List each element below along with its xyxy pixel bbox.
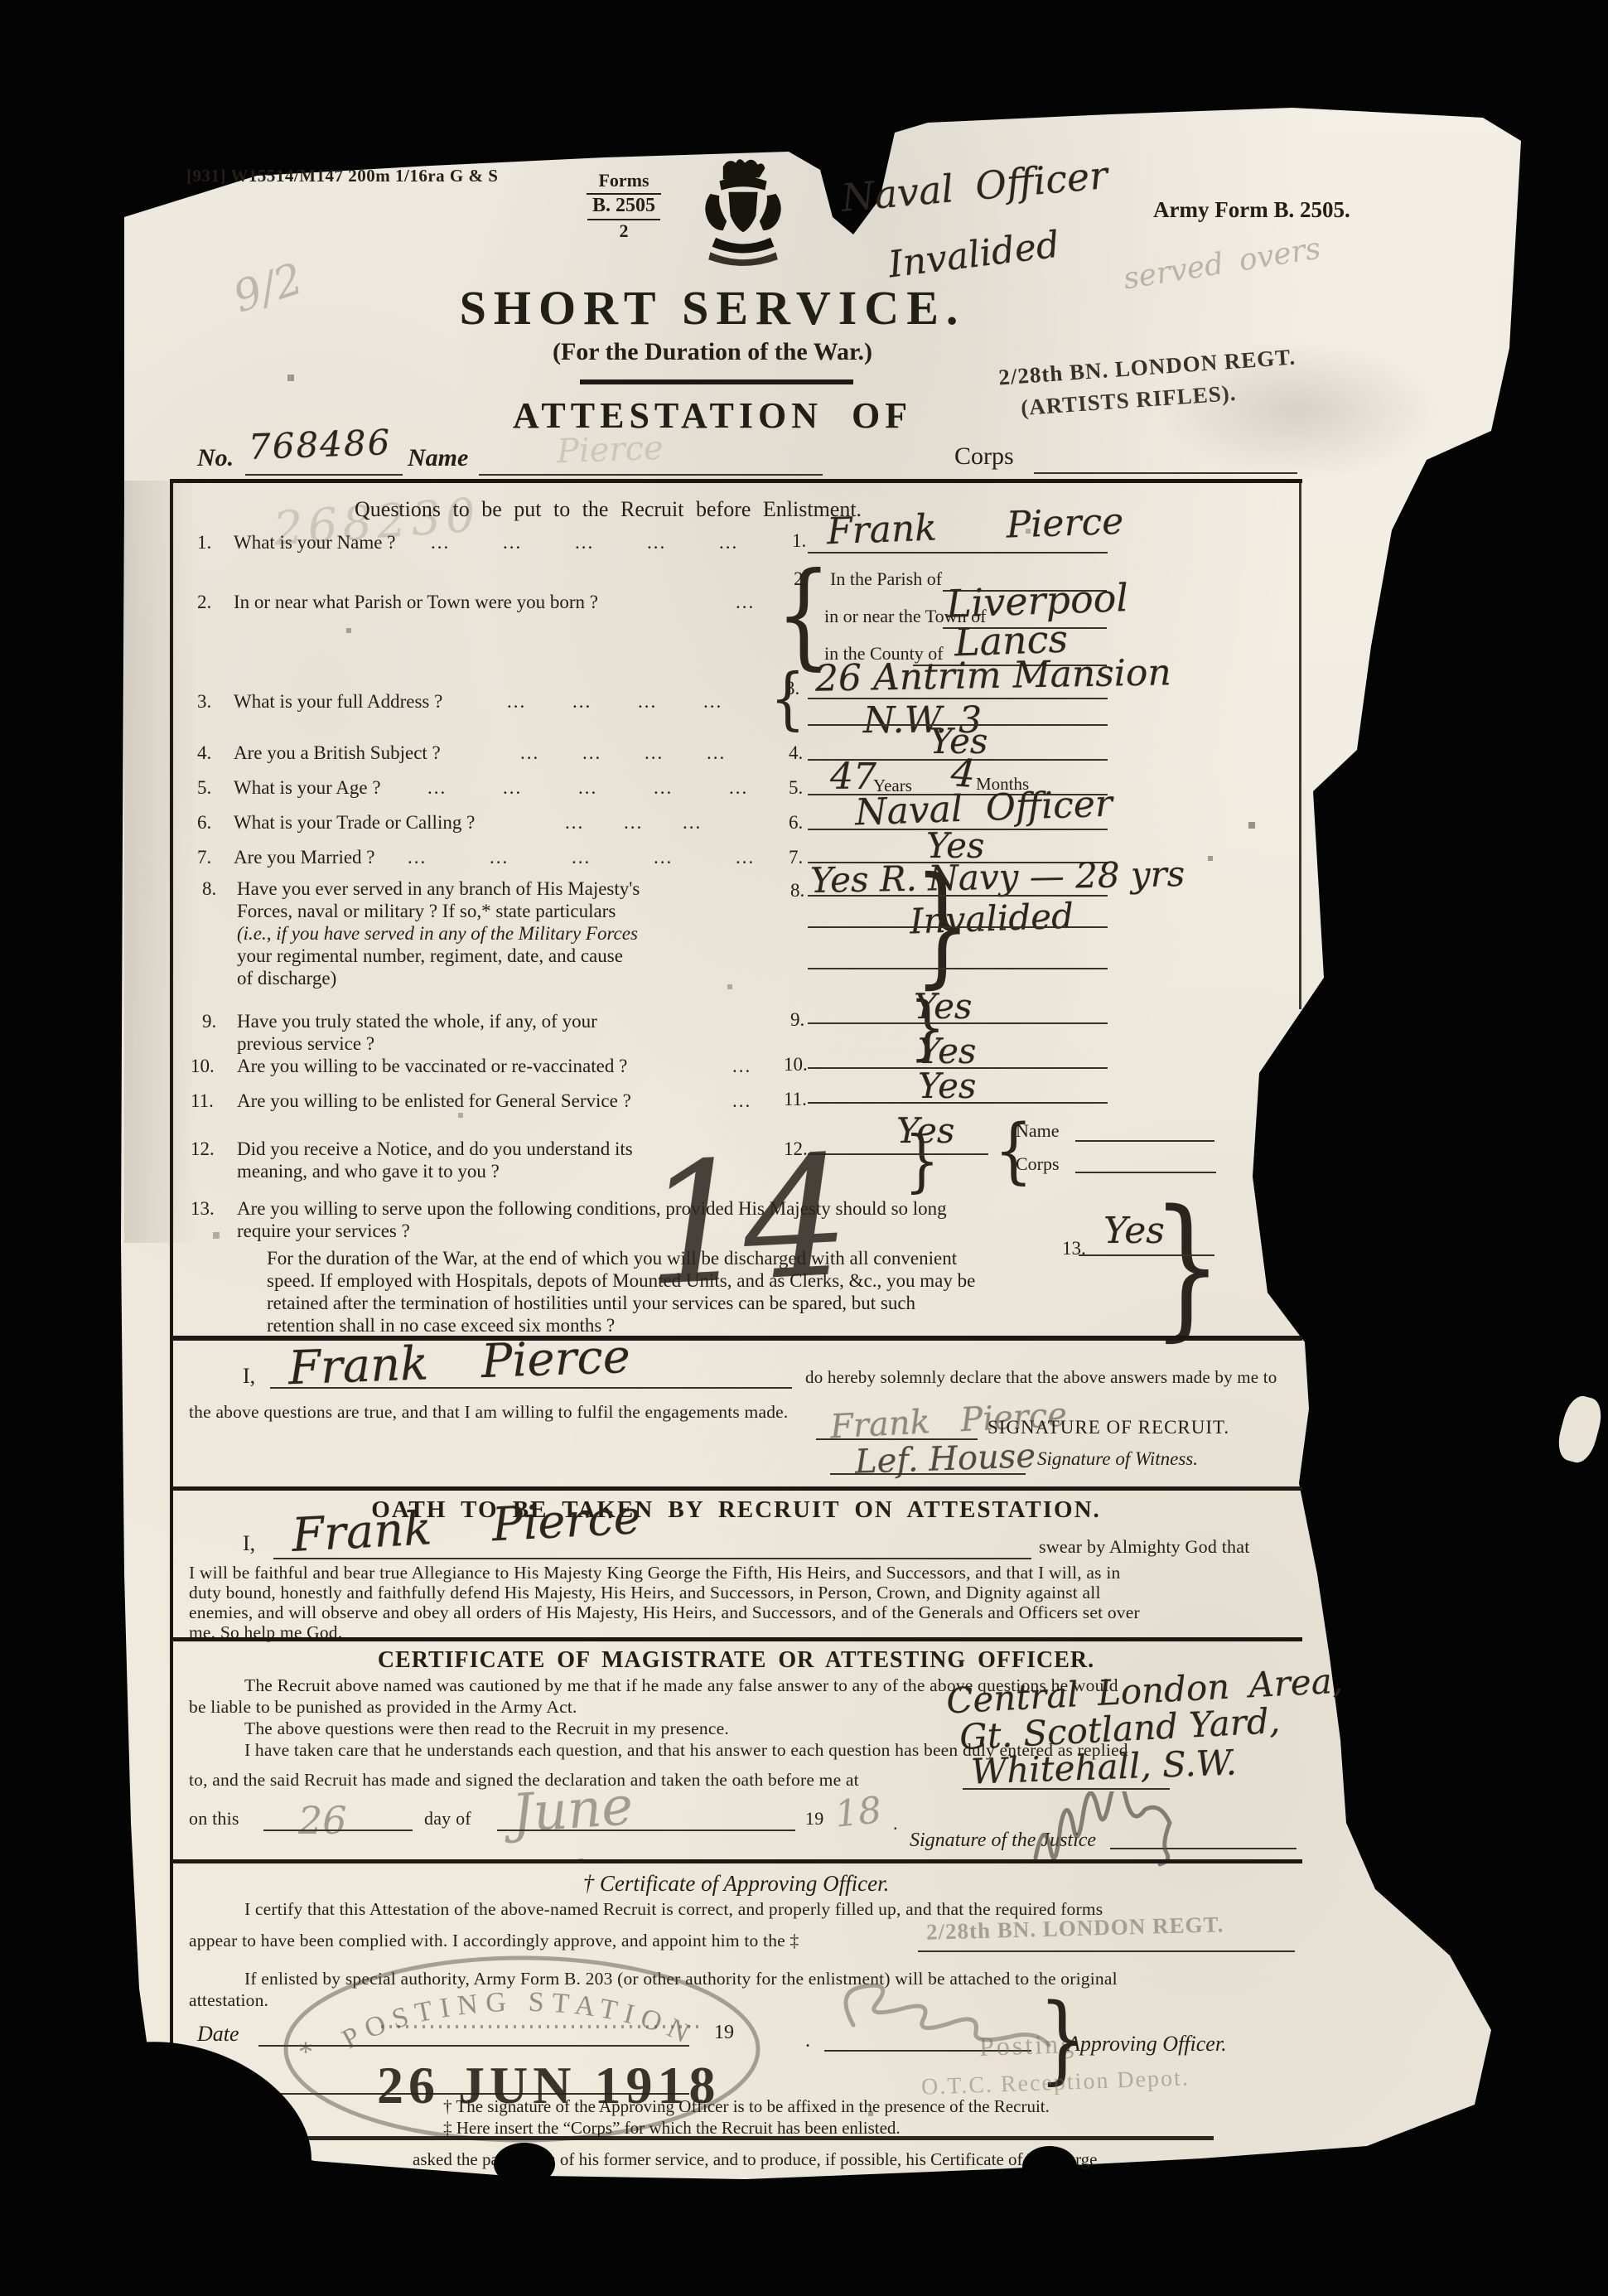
q2-dots: ... [736, 592, 755, 613]
q7-num: 7. [197, 847, 211, 868]
declaration-name-line [270, 1387, 792, 1389]
oath-i-label: I, [243, 1531, 255, 1556]
a8-line3 [808, 968, 1108, 969]
q13-line2: require your services ? [237, 1221, 410, 1242]
name-line [479, 474, 823, 476]
a12-corps-label: Corps [1016, 1153, 1060, 1175]
recruit-signature-label: SIGNATURE OF RECRUIT. [987, 1417, 1229, 1438]
a12-name-line [1075, 1140, 1214, 1142]
a7-num: 7. [789, 847, 803, 868]
day-of-label: day of [424, 1808, 471, 1830]
forms-denominator: 2 [573, 220, 674, 242]
a2-parish-label: In the Parish of [830, 568, 942, 590]
no-label: No. [197, 444, 234, 472]
hw-overwrite-14: 14 [640, 1120, 847, 1323]
document-subtitle: (For the Duration of the War.) [294, 338, 1131, 366]
q5-num: 5. [197, 777, 211, 799]
forms-reference-box: Forms B. 2505 2 [573, 170, 674, 242]
a1-line [808, 552, 1108, 553]
corps-line [1034, 472, 1297, 474]
stamp-arc-text: POSTING STATION [337, 1987, 701, 2056]
oath-line1-rest: swear by Almighty God that [1039, 1536, 1250, 1558]
a12-handwriting: Yes [896, 1110, 955, 1151]
a12-name-label: Name [1016, 1120, 1060, 1142]
q11-num: 11. [191, 1090, 214, 1112]
a13-num: 13. [1062, 1238, 1086, 1259]
witness-signature-label: Signature of Witness. [1037, 1448, 1198, 1470]
box-top-border [170, 479, 1302, 483]
q9-num: 9. [202, 1011, 216, 1032]
q6-text: What is your Trade or Calling ? [234, 812, 475, 834]
day-line [263, 1830, 413, 1831]
declaration-line2: the above questions are true, and that I… [189, 1402, 789, 1423]
a3-num: 3. [785, 678, 799, 699]
a8-num: 8. [790, 880, 804, 901]
q10-dots: ... [732, 1056, 751, 1077]
name-label: Name [408, 444, 468, 472]
q11-text: Are you willing to be enlisted for Gener… [237, 1090, 631, 1112]
a9-line [808, 1022, 1108, 1024]
a13-line [1079, 1254, 1214, 1256]
a13-handwriting: Yes [1103, 1210, 1165, 1252]
q9-line1: Have you truly stated the whole, if any,… [237, 1011, 597, 1032]
q13-cond2: speed. If employed with Hospitals, depot… [267, 1270, 975, 1292]
a2-num: 2. [794, 568, 808, 590]
a8-handwriting-line2: Invalided [909, 896, 1074, 942]
year-dot: . [893, 1813, 898, 1834]
footnote-rule [170, 2136, 1214, 2140]
a12-corps-line [1075, 1172, 1216, 1173]
printers-code: [931] W15514/M147 200m 1/16ra G & S [186, 166, 498, 186]
q6-dots: ... ... ... [565, 812, 702, 834]
oath-name-line [273, 1558, 1031, 1559]
approving-officer-label: Approving Officer. [1067, 2032, 1227, 2057]
magistrate-bottom-rule [170, 1859, 1302, 1863]
hw-day: 26 [298, 1798, 347, 1843]
q1-dots: ... ... ... ... ... [431, 532, 738, 553]
date-label: Date [197, 2022, 239, 2047]
q4-num: 4. [197, 742, 211, 764]
q8-line3: (i.e., if you have served in any of the … [237, 923, 638, 945]
svg-text:POSTING STATION: POSTING STATION [337, 1987, 701, 2056]
hw-month: June [510, 1776, 635, 1845]
q11-dots: ... [732, 1090, 751, 1112]
a4-num: 4. [789, 742, 803, 764]
q3-num: 3. [197, 691, 211, 713]
a11-num: 11. [784, 1089, 807, 1110]
witness-signature-line [830, 1473, 1026, 1475]
q8-line1: Have you ever served in any branch of Hi… [237, 878, 640, 900]
title-divider [580, 379, 853, 384]
a11-line [808, 1102, 1108, 1104]
q8-line5: of discharge) [237, 968, 336, 989]
oath-body-line2: duty bound, honestly and faithfully defe… [189, 1583, 1101, 1603]
q10-num: 10. [191, 1056, 215, 1077]
q6-num: 6. [197, 812, 211, 834]
army-form-number: Army Form B. 2505. [1153, 197, 1350, 223]
a8-line2 [808, 926, 1108, 928]
q10-text: Are you willing to be vaccinated or re-v… [237, 1056, 627, 1077]
ink-blot-1 [494, 2143, 555, 2186]
q3-dots: ... ... ... ... [507, 691, 722, 713]
magistrate-para1b: be liable to be punished as provided in … [189, 1697, 577, 1718]
a11-handwriting: Yes [918, 1066, 977, 1106]
forms-label: Forms [587, 170, 660, 195]
corps-label: Corps [954, 442, 1014, 471]
ink-blot-2 [1022, 2146, 1077, 2187]
year-prefix: 19 [805, 1808, 823, 1830]
oath-bottom-rule [170, 1637, 1302, 1641]
box-right-border [1299, 479, 1301, 1009]
footnote-1: † The signature of the Approving Officer… [443, 2096, 1050, 2117]
corps-stamp-line [918, 1950, 1295, 1952]
q12-line2: meaning, and who gave it to you ? [237, 1161, 500, 1182]
declaration-i-label: I, [243, 1364, 255, 1389]
q8-line4: your regimental number, regiment, date, … [237, 945, 623, 967]
on-this-label: on this [189, 1808, 239, 1830]
scanned-document-page: [931] W15514/M147 200m 1/16ra G & S Form… [0, 0, 1608, 2296]
q2-num: 2. [197, 592, 211, 613]
oath-body-line1: I will be faithful and bear true Allegia… [189, 1563, 1120, 1583]
approving-para4: attestation. [189, 1990, 268, 2011]
specks [0, 0, 2, 2]
approving-para1: I certify that this Attestation of the a… [244, 1899, 1103, 1920]
q1-text: What is your Name ? [234, 532, 395, 553]
declaration-bottom-rule [170, 1486, 1302, 1491]
q1-num: 1. [197, 532, 211, 553]
stamp-star: * [298, 2035, 313, 2068]
document-title: SHORT SERVICE. [294, 280, 1131, 336]
q4-dots: ... ... ... ... [520, 742, 726, 764]
hw-service-number: 768486 [248, 422, 392, 467]
questions-heading: Questions to be put to the Recruit befor… [355, 497, 862, 522]
q3-text: What is your full Address ? [234, 691, 442, 713]
a3-handwriting-line1: 26 Antrim Mansion [815, 651, 1172, 699]
q7-dots: ... ... ... ... ... [408, 847, 755, 868]
approving-heading: † Certificate of Approving Officer. [170, 1871, 1302, 1897]
q2-text: In or near what Parish or Town were you … [234, 592, 598, 613]
a9-num: 9. [790, 1009, 804, 1031]
a9-handwriting: Yes [914, 986, 973, 1027]
q7-text: Are you Married ? [234, 847, 375, 868]
royal-crest-icon [698, 157, 789, 267]
q8-line2: Forces, naval or military ? If so,* stat… [237, 901, 616, 922]
declaration-line1: do hereby solemnly declare that the abov… [805, 1367, 1277, 1388]
forms-number: B. 2505 [587, 195, 660, 220]
hw-year: 18 [833, 1789, 883, 1836]
a8-handwriting-line1: Yes R. Navy — 28 yrs [810, 853, 1185, 901]
a5-num: 5. [789, 777, 803, 799]
q9-line2: previous service ? [237, 1033, 374, 1055]
q13-cond1: For the duration of the War, at the end … [267, 1248, 957, 1269]
paper-scrap [1553, 1393, 1606, 1467]
q4-text: Are you a British Subject ? [234, 742, 441, 764]
magistrate-para2: The above questions were then read to th… [244, 1718, 729, 1739]
attestation-heading: ATTESTATION OF [294, 394, 1131, 437]
hw-name-pencil: Pierce [556, 429, 664, 471]
month-line [497, 1830, 795, 1831]
q13-num: 13. [191, 1198, 215, 1220]
a6-num: 6. [789, 812, 803, 834]
q5-dots: ... ... ... ... ... [427, 777, 748, 799]
q12-num: 12. [191, 1138, 215, 1160]
magistrate-heading: CERTIFICATE OF MAGISTRATE OR ATTESTING O… [170, 1647, 1302, 1674]
oath-body-line3: enemies, and will observe and obey all o… [189, 1602, 1140, 1623]
a10-num: 10. [784, 1054, 808, 1075]
q12-line1: Did you receive a Notice, and do you und… [237, 1138, 633, 1160]
no-line [245, 474, 403, 476]
q5-text: What is your Age ? [234, 777, 381, 799]
q8-num: 8. [202, 878, 216, 900]
